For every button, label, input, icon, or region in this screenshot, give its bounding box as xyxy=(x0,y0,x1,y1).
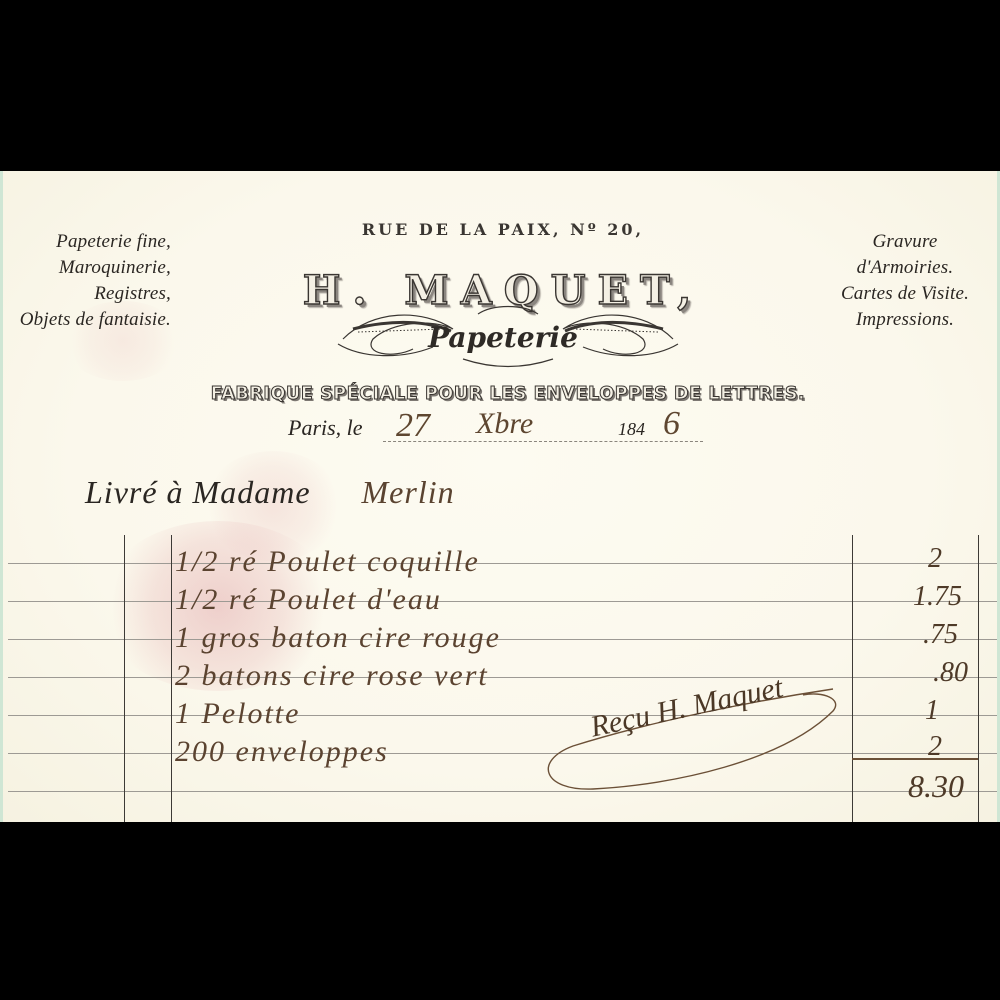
service-item: Registres, xyxy=(11,281,171,307)
date-month: Xbre xyxy=(476,407,533,441)
merchant-address: RUE DE LA PAIX, Nº 20, xyxy=(303,220,703,239)
line-item-amount: 2 xyxy=(928,731,942,763)
service-item: Cartes de Visite. xyxy=(825,281,985,307)
recipient-line: Livré à Madame Merlin xyxy=(85,474,455,511)
line-item-description: 200 enveloppes xyxy=(175,735,389,769)
recipient-name: Merlin xyxy=(362,474,455,510)
line-item-description: 2 batons cire rose vert xyxy=(175,659,489,693)
trade-title: Papeterie xyxy=(393,321,613,354)
invoice-paper: Papeterie fine, Maroquinerie, Registres,… xyxy=(0,171,1000,822)
line-item-amount: 1 xyxy=(925,695,939,727)
amount-column-line xyxy=(852,535,853,822)
service-item: d'Armoiries. xyxy=(825,255,985,281)
left-services-list: Papeterie fine, Maroquinerie, Registres,… xyxy=(11,229,171,333)
line-item-amount: .75 xyxy=(923,619,958,651)
service-item: Objets de fantaisie. xyxy=(11,307,171,333)
service-item: Impressions. xyxy=(825,307,985,333)
recipient-label: Livré à Madame xyxy=(85,474,311,510)
amount-column-line xyxy=(978,535,979,822)
date-rule xyxy=(383,441,703,442)
line-item-amount: 2 xyxy=(928,543,942,575)
service-item: Maroquinerie, xyxy=(11,255,171,281)
date-year-suffix: 6 xyxy=(663,405,680,443)
date-line: Paris, le 27 Xbre 184 6 xyxy=(288,411,708,451)
line-item-amount: .80 xyxy=(933,657,968,689)
line-item-description: 1 gros baton cire rouge xyxy=(175,621,501,655)
line-item-description: 1 Pelotte xyxy=(175,697,300,731)
line-item-description: 1/2 ré Poulet d'eau xyxy=(175,583,442,617)
date-year-prefix: 184 xyxy=(618,419,645,440)
service-item: Papeterie fine, xyxy=(11,229,171,255)
line-item-amount: 1.75 xyxy=(913,581,962,613)
ledger-rule xyxy=(8,753,998,754)
right-services-list: Gravure d'Armoiries. Cartes de Visite. I… xyxy=(825,229,985,333)
receipt-signature: Reçu H. Maquet xyxy=(533,681,843,791)
total-rule xyxy=(852,758,978,760)
merchant-tagline: FABRIQUE SPÉCIALE POUR LES ENVELOPPES DE… xyxy=(163,384,853,404)
ledger-rule xyxy=(8,791,998,792)
service-item: Gravure xyxy=(825,229,985,255)
ledger-rule xyxy=(8,715,998,716)
line-item-description: 1/2 ré Poulet coquille xyxy=(175,545,480,579)
place-label: Paris, le xyxy=(288,415,363,441)
invoice-total: 8.30 xyxy=(908,768,964,805)
date-day: 27 xyxy=(396,407,430,445)
